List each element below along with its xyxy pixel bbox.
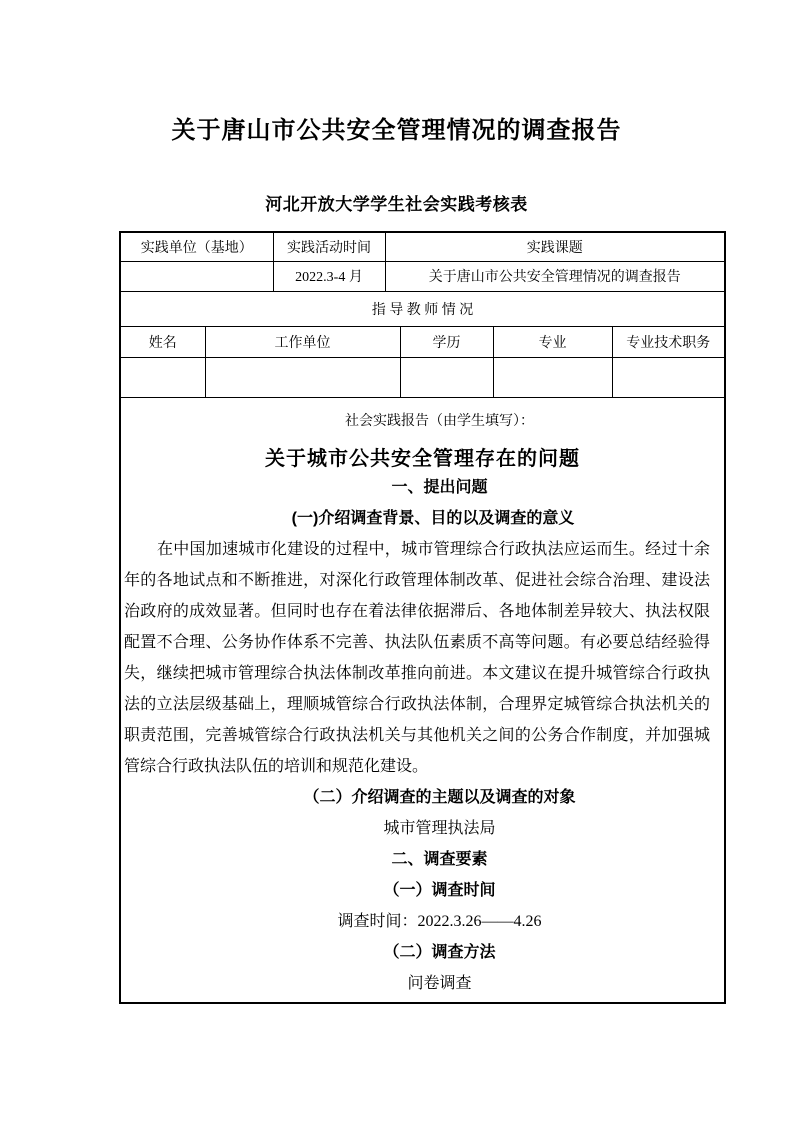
practice-topic-value-cell: 关于唐山市公共安全管理情况的调查报告 xyxy=(385,261,725,291)
practice-unit-value-cell xyxy=(120,261,273,291)
section3-subtitle1: （一）调查时间 xyxy=(121,875,724,906)
report-cell: 社会实践报告（由学生填写）： 关于城市公共安全管理存在的问题 一、提出问题 (一… xyxy=(120,397,725,1003)
section2-subtitle: （二）介绍调查的主题以及调查的对象 xyxy=(121,782,724,813)
instructor-work-unit-header-cell: 工作单位 xyxy=(205,326,400,357)
section1-subtitle: (一)介绍调查背景、目的以及调查的意义 xyxy=(121,503,724,534)
document-title: 关于唐山市公共安全管理情况的调查报告 xyxy=(0,0,793,147)
table-row-values: 2022.3-4 月 关于唐山市公共安全管理情况的调查报告 xyxy=(120,261,725,291)
instructor-section-header-cell: 指 导 教 师 情 况 xyxy=(120,291,725,326)
section1-title: 一、提出问题 xyxy=(121,472,724,503)
table-row-instructor-values xyxy=(120,357,725,397)
practice-unit-header-cell: 实践单位（基地） xyxy=(120,232,273,261)
table-row-instructor-section: 指 导 教 师 情 况 xyxy=(120,291,725,326)
section3-body2: 问卷调查 xyxy=(121,968,724,999)
report-heading: 关于城市公共安全管理存在的问题 xyxy=(121,446,724,472)
instructor-education-header-cell: 学历 xyxy=(400,326,493,357)
practice-time-header-cell: 实践活动时间 xyxy=(273,232,385,261)
instructor-major-value-cell xyxy=(493,357,612,397)
instructor-name-header-cell: 姓名 xyxy=(120,326,205,357)
form-title: 河北开放大学学生社会实践考核表 xyxy=(0,194,793,216)
report-label: 社会实践报告（由学生填写）： xyxy=(121,400,724,432)
instructor-major-header-cell: 专业 xyxy=(493,326,612,357)
table-row-headers: 实践单位（基地） 实践活动时间 实践课题 xyxy=(120,232,725,261)
section3-body1: 调查时间：2022.3.26——4.26 xyxy=(121,906,724,937)
instructor-name-value-cell xyxy=(120,357,205,397)
instructor-education-value-cell xyxy=(400,357,493,397)
section2-body: 城市管理执法局 xyxy=(121,813,724,844)
section1-body-paragraph: 在中国加速城市化建设的过程中，城市管理综合行政执法应运而生。经过十余年的各地试点… xyxy=(124,534,710,782)
practice-time-value-cell: 2022.3-4 月 xyxy=(273,261,385,291)
instructor-work-unit-value-cell xyxy=(205,357,400,397)
section3-title: 二、调查要素 xyxy=(121,844,724,875)
table-row-report: 社会实践报告（由学生填写）： 关于城市公共安全管理存在的问题 一、提出问题 (一… xyxy=(120,397,725,1003)
practice-topic-header-cell: 实践课题 xyxy=(385,232,725,261)
table-row-instructor-headers: 姓名 工作单位 学历 专业 专业技术职务 xyxy=(120,326,725,357)
instructor-title-value-cell xyxy=(612,357,725,397)
document-page: 关于唐山市公共安全管理情况的调查报告 河北开放大学学生社会实践考核表 实践单位（… xyxy=(0,0,793,1122)
practice-assessment-table: 实践单位（基地） 实践活动时间 实践课题 2022.3-4 月 关于唐山市公共安… xyxy=(119,231,726,1004)
instructor-title-header-cell: 专业技术职务 xyxy=(612,326,725,357)
section3-subtitle2: （二）调查方法 xyxy=(121,937,724,968)
